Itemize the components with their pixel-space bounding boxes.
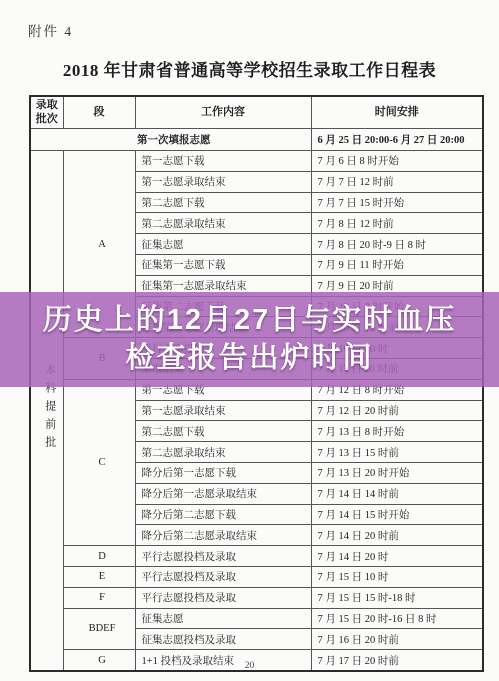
work-content-cell: 降分后第二志愿录取结束 [135, 525, 311, 546]
segment-label: C [63, 379, 135, 545]
table-row: BDEF征集志愿7 月 15 日 20 时-16 日 8 时 [30, 608, 483, 629]
work-content-cell: 征集第一志愿下载 [135, 254, 311, 275]
work-content-cell: 降分后第一志愿录取结束 [135, 483, 311, 504]
page-number: 20 [0, 661, 499, 671]
document-page: 附件 4 2018 年甘肃省普通高等学校招生录取工作日程表 录取批次 段 工作内… [0, 0, 499, 681]
table-row: 本科提前批A第一志愿下载7 月 6 日 8 时开始 [30, 151, 483, 172]
work-content-cell: 平行志愿投档及录取 [135, 546, 311, 567]
table-row: D平行志愿投档及录取7 月 14 日 20 时 [30, 546, 483, 567]
work-content-cell: 第二志愿录取结束 [135, 213, 311, 234]
schedule-time-cell: 7 月 8 日 12 时前 [311, 213, 483, 234]
work-content-cell: 征集志愿 [135, 608, 311, 629]
schedule-time-cell: 7 月 14 日 20 时 [311, 546, 483, 567]
segment-label: BDEF [63, 608, 135, 650]
first-fill-label: 第一次填报志愿 [30, 129, 311, 151]
schedule-time-cell: 7 月 13 日 15 时前 [311, 442, 483, 463]
schedule-time-cell: 7 月 13 日 20 时开始 [311, 462, 483, 483]
schedule-time-cell: 7 月 15 日 15 时-18 时 [311, 587, 483, 608]
schedule-time-cell: 7 月 16 日 20 时前 [311, 629, 483, 650]
work-content-cell: 征集志愿 [135, 234, 311, 255]
work-content-cell: 降分后第一志愿下载 [135, 462, 311, 483]
first-fill-row: 第一次填报志愿6 月 25 日 20:00-6 月 27 日 20:00 [30, 129, 483, 151]
header-batch: 录取批次 [30, 96, 63, 129]
schedule-time-cell: 7 月 14 日 20 时前 [311, 525, 483, 546]
schedule-time-cell: 7 月 12 日 20 时前 [311, 400, 483, 421]
work-content-cell: 第一志愿录取结束 [135, 400, 311, 421]
schedule-time-cell: 7 月 6 日 8 时开始 [311, 151, 483, 172]
work-content-cell: 第二志愿下载 [135, 192, 311, 213]
page-title: 2018 年甘肃省普通高等学校招生录取工作日程表 [0, 56, 499, 81]
overlay-text-line2: 检查报告出炉时间 [125, 340, 373, 377]
segment-label: E [63, 566, 135, 587]
watermark-overlay: 历史上的12月27日与实时血压 检查报告出炉时间 [0, 292, 499, 387]
overlay-text-line1: 历史上的12月27日与实时血压 [43, 302, 457, 339]
header-schedule: 时间安排 [311, 96, 483, 129]
first-fill-time: 6 月 25 日 20:00-6 月 27 日 20:00 [311, 129, 483, 151]
batch-cell: 本科提前批 [30, 151, 63, 671]
table-header-row: 录取批次 段 工作内容 时间安排 [30, 96, 483, 129]
work-content-cell: 征集志愿投档及录取 [135, 629, 311, 650]
schedule-time-cell: 7 月 14 日 15 时开始 [311, 504, 483, 525]
attachment-label: 附件 4 [28, 20, 73, 40]
work-content-cell: 平行志愿投档及录取 [135, 566, 311, 587]
schedule-time-cell: 7 月 7 日 12 时前 [311, 171, 483, 192]
work-content-cell: 第二志愿下载 [135, 421, 311, 442]
work-content-cell: 降分后第二志愿下载 [135, 504, 311, 525]
work-content-cell: 第二志愿录取结束 [135, 442, 311, 463]
schedule-time-cell: 7 月 8 日 20 时-9 日 8 时 [311, 234, 483, 255]
schedule-time-cell: 7 月 9 日 11 时开始 [311, 254, 483, 275]
schedule-time-cell: 7 月 15 日 20 时-16 日 8 时 [311, 608, 483, 629]
table-row: F平行志愿投档及录取7 月 15 日 15 时-18 时 [30, 587, 483, 608]
schedule-time-cell: 7 月 15 日 10 时 [311, 566, 483, 587]
segment-label: D [63, 546, 135, 567]
header-segment: 段 [63, 96, 135, 129]
header-content: 工作内容 [135, 96, 311, 129]
segment-label: F [63, 587, 135, 608]
schedule-time-cell: 7 月 7 日 15 时开始 [311, 192, 483, 213]
table-row: E平行志愿投档及录取7 月 15 日 10 时 [30, 566, 483, 587]
schedule-time-cell: 7 月 14 日 14 时前 [311, 483, 483, 504]
work-content-cell: 平行志愿投档及录取 [135, 587, 311, 608]
work-content-cell: 第一志愿录取结束 [135, 171, 311, 192]
work-content-cell: 第一志愿下载 [135, 151, 311, 172]
schedule-time-cell: 7 月 13 日 8 时开始 [311, 421, 483, 442]
